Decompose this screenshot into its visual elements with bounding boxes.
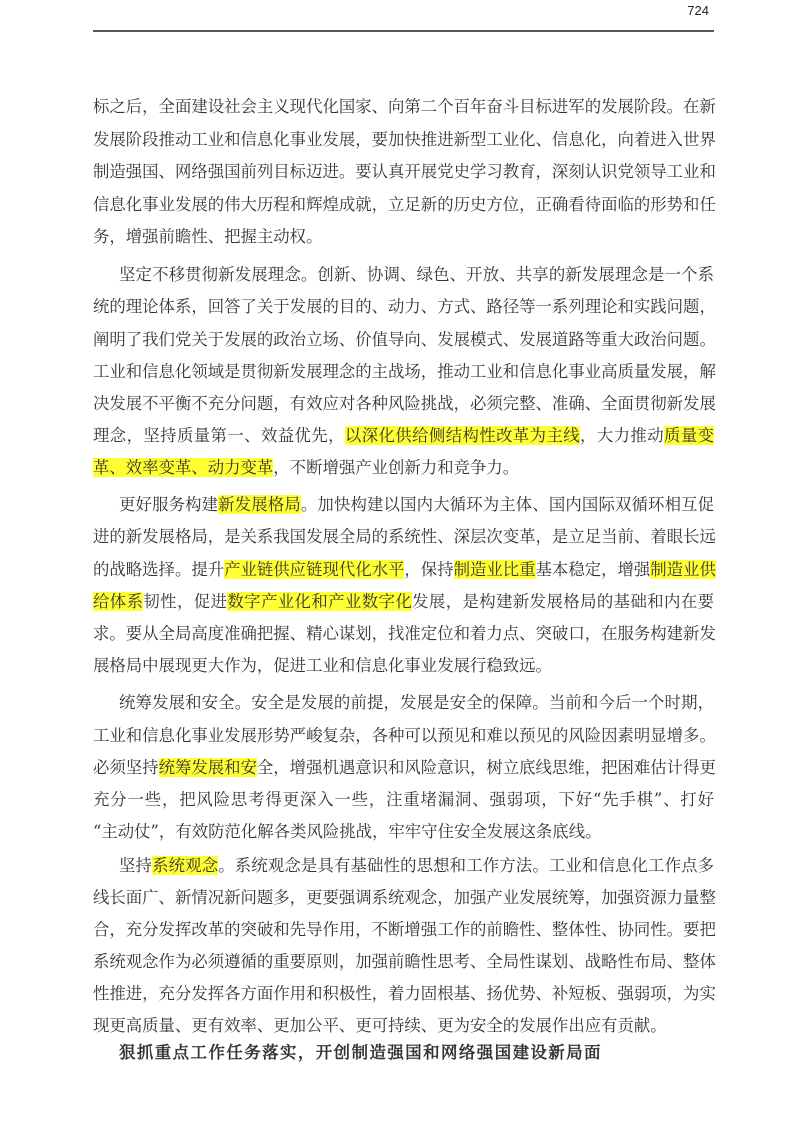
text-segment: 信息化事业发展的伟大历程和辉煌成就，立足新的历史方位，正确看待面临的形势和任 xyxy=(93,195,716,214)
text-line: 给体系韧性，促进数字产业化和产业数字化发展，是构建新发展格局的基础和内在要 xyxy=(93,590,714,614)
text-line: 统筹发展和安全。安全是发展的前提，发展是安全的保障。当前和今后一个时期， xyxy=(119,691,714,715)
text-line: 理念，坚持质量第一、效益优先，以深化供给侧结构性改革为主线，大力推动质量变 xyxy=(93,424,714,448)
text-segment: ，不断增强产业创新力和竞争力。 xyxy=(273,458,519,477)
highlighted-text: 数字产业化和产业数字化 xyxy=(227,592,412,611)
highlighted-text: 系统观念 xyxy=(152,856,218,875)
text-line: 线长面广、新情况新问题多，更要强调系统观念，加强产业发展统筹，加强资源力量整 xyxy=(93,886,714,910)
text-segment: 统的理论体系，回答了关于发展的目的、动力、方式、路径等一系列理论和实践问题， xyxy=(93,297,716,316)
text-line: 充分一些，把风险思考得更深入一些，注重堵漏洞、强弱项，下好“先手棋”、打好 xyxy=(93,788,714,812)
text-segment: 合，充分发挥改革的突破和先导作用，不断增强工作的前瞻性、整体性、协同性。要把 xyxy=(93,920,716,939)
text-line: 标之后，全面建设社会主义现代化国家、向第二个百年奋斗目标进军的发展阶段。在新 xyxy=(93,95,714,119)
text-segment: 必须坚持 xyxy=(93,758,159,777)
text-segment: 全，增强机遇意识和风险意识，树立底线思维，把困难估计得更 xyxy=(257,758,716,777)
text-segment: 发展阶段推动工业和信息化事业发展，要加快推进新型工业化、信息化，向着进入世界 xyxy=(93,130,716,149)
text-line: 坚定不移贯彻新发展理念。创新、协调、绿色、开放、共享的新发展理念是一个系 xyxy=(119,263,714,287)
highlighted-text: 制造业供 xyxy=(650,560,716,579)
text-segment: 进的新发展格局，是关系我国发展全局的系统性、深层次变革，是立足当前、着眼长远 xyxy=(93,527,716,546)
text-segment: 发展，是构建新发展格局的基础和内在要 xyxy=(412,592,714,611)
text-segment: 阐明了我们党关于发展的政治立场、价值导向、发展模式、发展道路等重大政治问题。 xyxy=(93,330,716,349)
text-segment: 工业和信息化事业发展形势严峻复杂，各种可以预见和难以预见的风险因素明显增多。 xyxy=(93,726,716,745)
highlighted-text: 统筹发展和安 xyxy=(159,758,257,777)
text-line: 求。要从全局高度准确把握、精心谋划，找准定位和着力点、突破口，在服务构建新发 xyxy=(93,622,714,646)
text-segment: 线长面广、新情况新问题多，更要强调系统观念，加强产业发展统筹，加强资源力量整 xyxy=(93,888,716,907)
text-line: 工业和信息化事业发展形势严峻复杂，各种可以预见和难以预见的风险因素明显增多。 xyxy=(93,724,714,748)
text-segment: 。系统观念是具有基础性的思想和工作方法。工业和信息化工作点多 xyxy=(218,856,714,875)
text-segment: 统筹发展和安全。安全是发展的前提，发展是安全的保障。当前和今后一个时期， xyxy=(119,693,714,712)
text-line: 系统观念作为必须遵循的重要原则，加强前瞻性思考、全局性谋划、战略性布局、整体 xyxy=(93,950,714,974)
text-line: 信息化事业发展的伟大历程和辉煌成就，立足新的历史方位，正确看待面临的形势和任 xyxy=(93,193,714,217)
header-rule xyxy=(93,30,714,32)
text-segment: 工业和信息化领域是贯彻新发展理念的主战场，推动工业和信息化事业高质量发展，解 xyxy=(93,362,716,381)
text-line: 的战略选择。提升产业链供应链现代化水平，保持制造业比重基本稳定，增强制造业供 xyxy=(93,558,714,582)
text-line: 性推进，充分发挥各方面作用和积极性，着力固根基、扬优势、补短板、强弱项，为实 xyxy=(93,982,714,1006)
text-line: 合，充分发挥改革的突破和先导作用，不断增强工作的前瞻性、整体性、协同性。要把 xyxy=(93,918,714,942)
text-segment: 。加快构建以国内大循环为主体、国内国际双循环相互促 xyxy=(301,495,714,514)
highlighted-text: 以深化供给侧结构性改革为主线 xyxy=(345,426,580,445)
text-segment: ，保持 xyxy=(404,560,453,579)
text-segment: 理念，坚持质量第一、效益优先， xyxy=(93,426,345,445)
text-segment: 务，增强前瞻性、把握主动权。 xyxy=(93,227,322,246)
text-line: 坚持系统观念。系统观念是具有基础性的思想和工作方法。工业和信息化工作点多 xyxy=(119,854,714,878)
text-segment: 的战略选择。提升 xyxy=(93,560,224,579)
highlighted-text: 质量变 xyxy=(664,426,714,445)
text-segment: 基本稳定，增强 xyxy=(536,560,651,579)
text-segment: 求。要从全局高度准确把握、精心谋划，找准定位和着力点、突破口，在服务构建新发 xyxy=(93,624,716,643)
text-line: 统的理论体系，回答了关于发展的目的、动力、方式、路径等一系列理论和实践问题， xyxy=(93,295,714,319)
text-segment: 韧性，促进 xyxy=(143,592,227,611)
text-segment: 标之后，全面建设社会主义现代化国家、向第二个百年奋斗目标进军的发展阶段。在新 xyxy=(93,97,716,116)
text-segment: 展格局中展现更大作为，促进工业和信息化事业发展行稳致远。 xyxy=(93,656,552,675)
highlighted-text: 制造业比重 xyxy=(454,560,536,579)
text-line: 务，增强前瞻性、把握主动权。 xyxy=(93,225,714,249)
text-segment: 决发展不平衡不充分问题，有效应对各种风险挑战，必须完整、准确、全面贯彻新发展 xyxy=(93,394,716,413)
text-line: 决发展不平衡不充分问题，有效应对各种风险挑战，必须完整、准确、全面贯彻新发展 xyxy=(93,392,714,416)
text-segment: 现更高质量、更有效率、更加公平、更可持续、更为安全的发展作出应有贡献。 xyxy=(93,1016,667,1035)
page-number: 724 xyxy=(687,3,709,18)
text-line: 工业和信息化领域是贯彻新发展理念的主战场，推动工业和信息化事业高质量发展，解 xyxy=(93,360,714,384)
highlighted-text: 给体系 xyxy=(93,592,143,611)
text-line: 发展阶段推动工业和信息化事业发展，要加快推进新型工业化、信息化，向着进入世界 xyxy=(93,128,714,152)
text-line: 现更高质量、更有效率、更加公平、更可持续、更为安全的发展作出应有贡献。 xyxy=(93,1014,714,1038)
text-segment: ，大力推动 xyxy=(580,426,664,445)
text-line: 革、效率变革、动力变革，不断增强产业创新力和竞争力。 xyxy=(93,456,714,480)
section-heading: 狠抓重点工作任务落实，开创制造强国和网络强国建设新局面 xyxy=(119,1041,602,1065)
text-line: 进的新发展格局，是关系我国发展全局的系统性、深层次变革，是立足当前、着眼长远 xyxy=(93,525,714,549)
text-line: 更好服务构建新发展格局。加快构建以国内大循环为主体、国内国际双循环相互促 xyxy=(119,493,714,517)
highlighted-text: 产业链供应链现代化水平 xyxy=(224,560,404,579)
text-segment: 更好服务构建 xyxy=(119,495,218,514)
text-segment: 坚持 xyxy=(119,856,152,875)
text-segment: 性推进，充分发挥各方面作用和积极性，着力固根基、扬优势、补短板、强弱项，为实 xyxy=(93,984,716,1003)
highlighted-text: 新发展格局 xyxy=(218,495,301,514)
text-line: 制造强国、网络强国前列目标迈进。要认真开展党史学习教育，深刻认识党领导工业和 xyxy=(93,160,714,184)
text-line: “主动仗”，有效防范化解各类风险挑战，牢牢守住安全发展这条底线。 xyxy=(93,820,714,844)
text-segment: 制造强国、网络强国前列目标迈进。要认真开展党史学习教育，深刻认识党领导工业和 xyxy=(93,162,716,181)
highlighted-text: 革、效率变革、动力变革 xyxy=(93,458,273,477)
text-line: 必须坚持统筹发展和安全，增强机遇意识和风险意识，树立底线思维，把困难估计得更 xyxy=(93,756,714,780)
text-line: 阐明了我们党关于发展的政治立场、价值导向、发展模式、发展道路等重大政治问题。 xyxy=(93,328,714,352)
text-line: 展格局中展现更大作为，促进工业和信息化事业发展行稳致远。 xyxy=(93,654,714,678)
text-segment: 充分一些，把风险思考得更深入一些，注重堵漏洞、强弱项，下好“先手棋”、打好 xyxy=(93,790,714,809)
text-segment: 坚定不移贯彻新发展理念。创新、协调、绿色、开放、共享的新发展理念是一个系 xyxy=(119,265,714,284)
text-segment: 系统观念作为必须遵循的重要原则，加强前瞻性思考、全局性谋划、战略性布局、整体 xyxy=(93,952,716,971)
text-segment: “主动仗”，有效防范化解各类风险挑战，牢牢守住安全发展这条底线。 xyxy=(93,822,601,841)
